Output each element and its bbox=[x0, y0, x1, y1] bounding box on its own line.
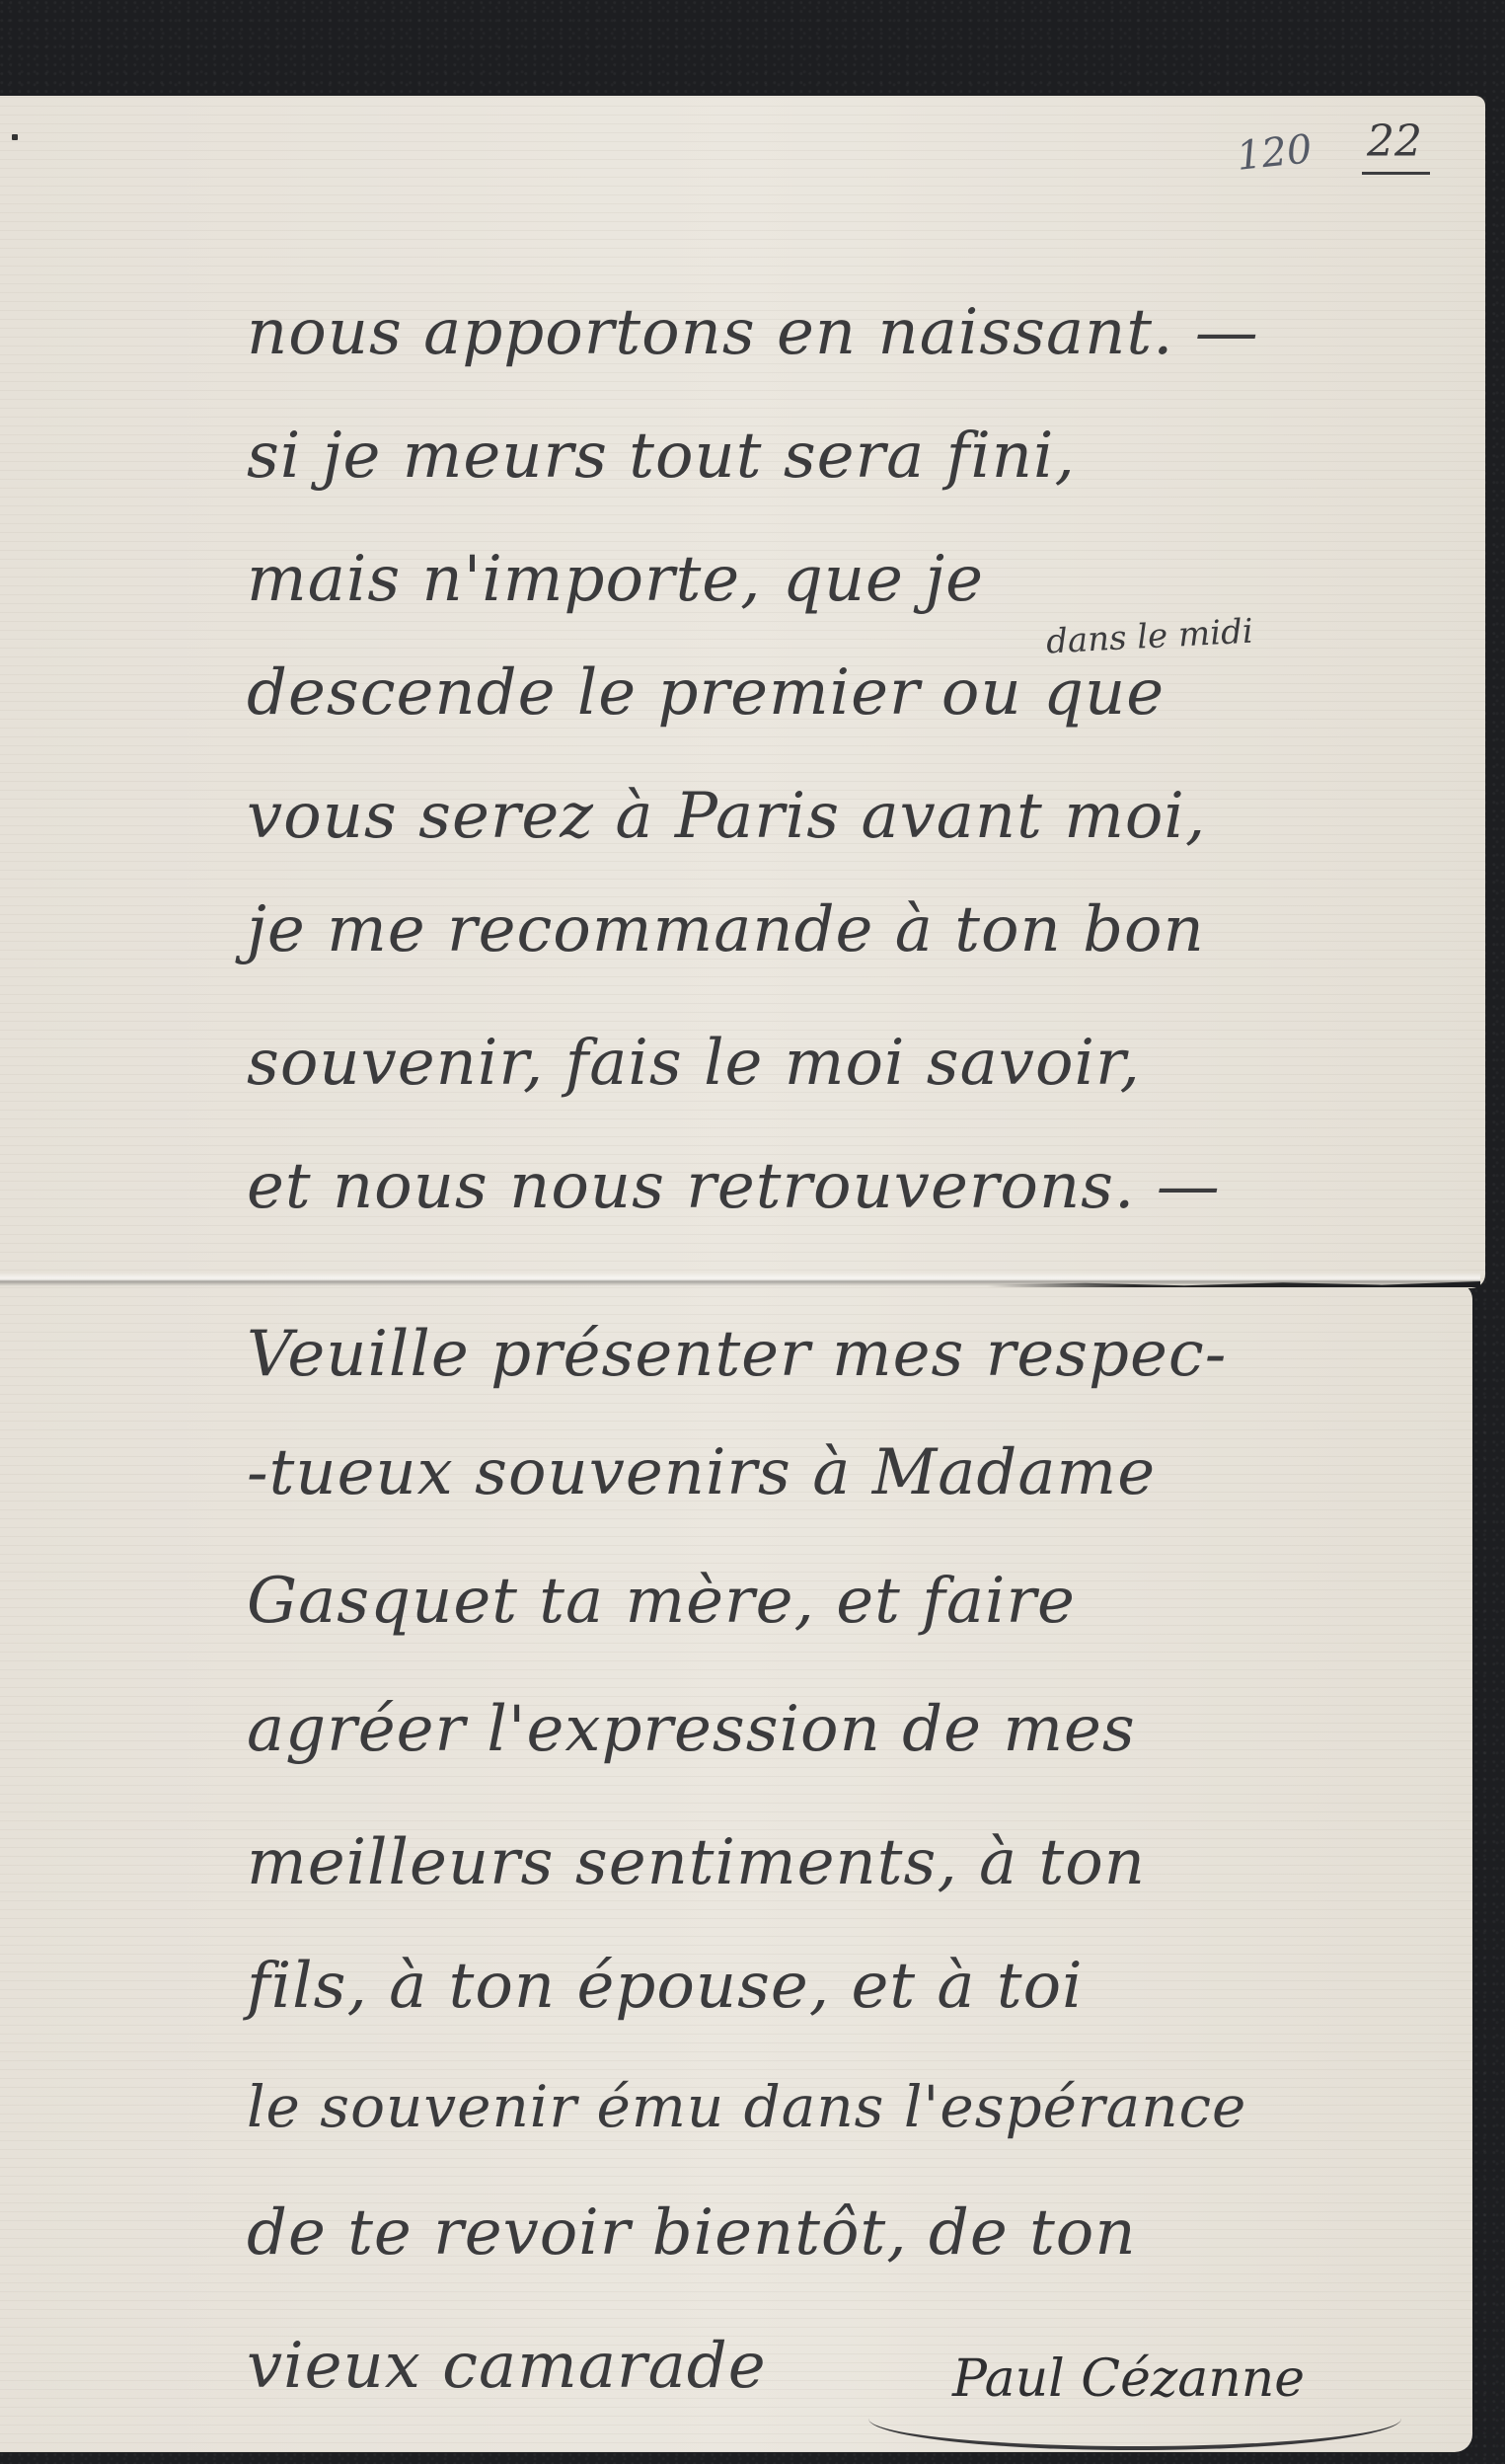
text-line-15: le souvenir ému dans l'espérance bbox=[247, 2073, 1246, 2140]
text-line-1: nous apportons en naissant. — bbox=[247, 296, 1259, 369]
text-line-7: souvenir, fais le moi savoir, bbox=[247, 1027, 1141, 1100]
text-line-14: fils, à ton épouse, et à toi bbox=[247, 1950, 1084, 2023]
text-line-6: je me recommande à ton bon bbox=[247, 893, 1205, 966]
text-line-2: si je meurs tout sera fini, bbox=[247, 420, 1076, 493]
text-line-3: mais n'importe, que je bbox=[247, 543, 984, 616]
text-line-9: Veuille présenter mes respec- bbox=[247, 1318, 1227, 1391]
text-line-8: et nous nous retrouverons. — bbox=[247, 1150, 1221, 1223]
text-line-16: de te revoir bientôt, de ton bbox=[247, 2196, 1137, 2270]
page-folio-number: 22 bbox=[1367, 116, 1422, 167]
text-line-12: agréer l'expression de mes bbox=[247, 1693, 1136, 1766]
text-line-11: Gasquet ta mère, et faire bbox=[247, 1565, 1076, 1638]
text-line-13: meilleurs sentiments, à ton bbox=[247, 1826, 1146, 1899]
text-line-17: vieux camarade bbox=[247, 2330, 767, 2403]
archive-folio-number: 120 bbox=[1235, 126, 1315, 180]
signature-flourish bbox=[868, 2387, 1401, 2450]
text-line-5: vous serez à Paris avant moi, bbox=[247, 780, 1206, 853]
text-line-4: descende le premier ou que bbox=[247, 656, 1165, 730]
text-line-10: -tueux souvenirs à Madame bbox=[247, 1436, 1156, 1509]
ink-dot bbox=[12, 134, 18, 140]
